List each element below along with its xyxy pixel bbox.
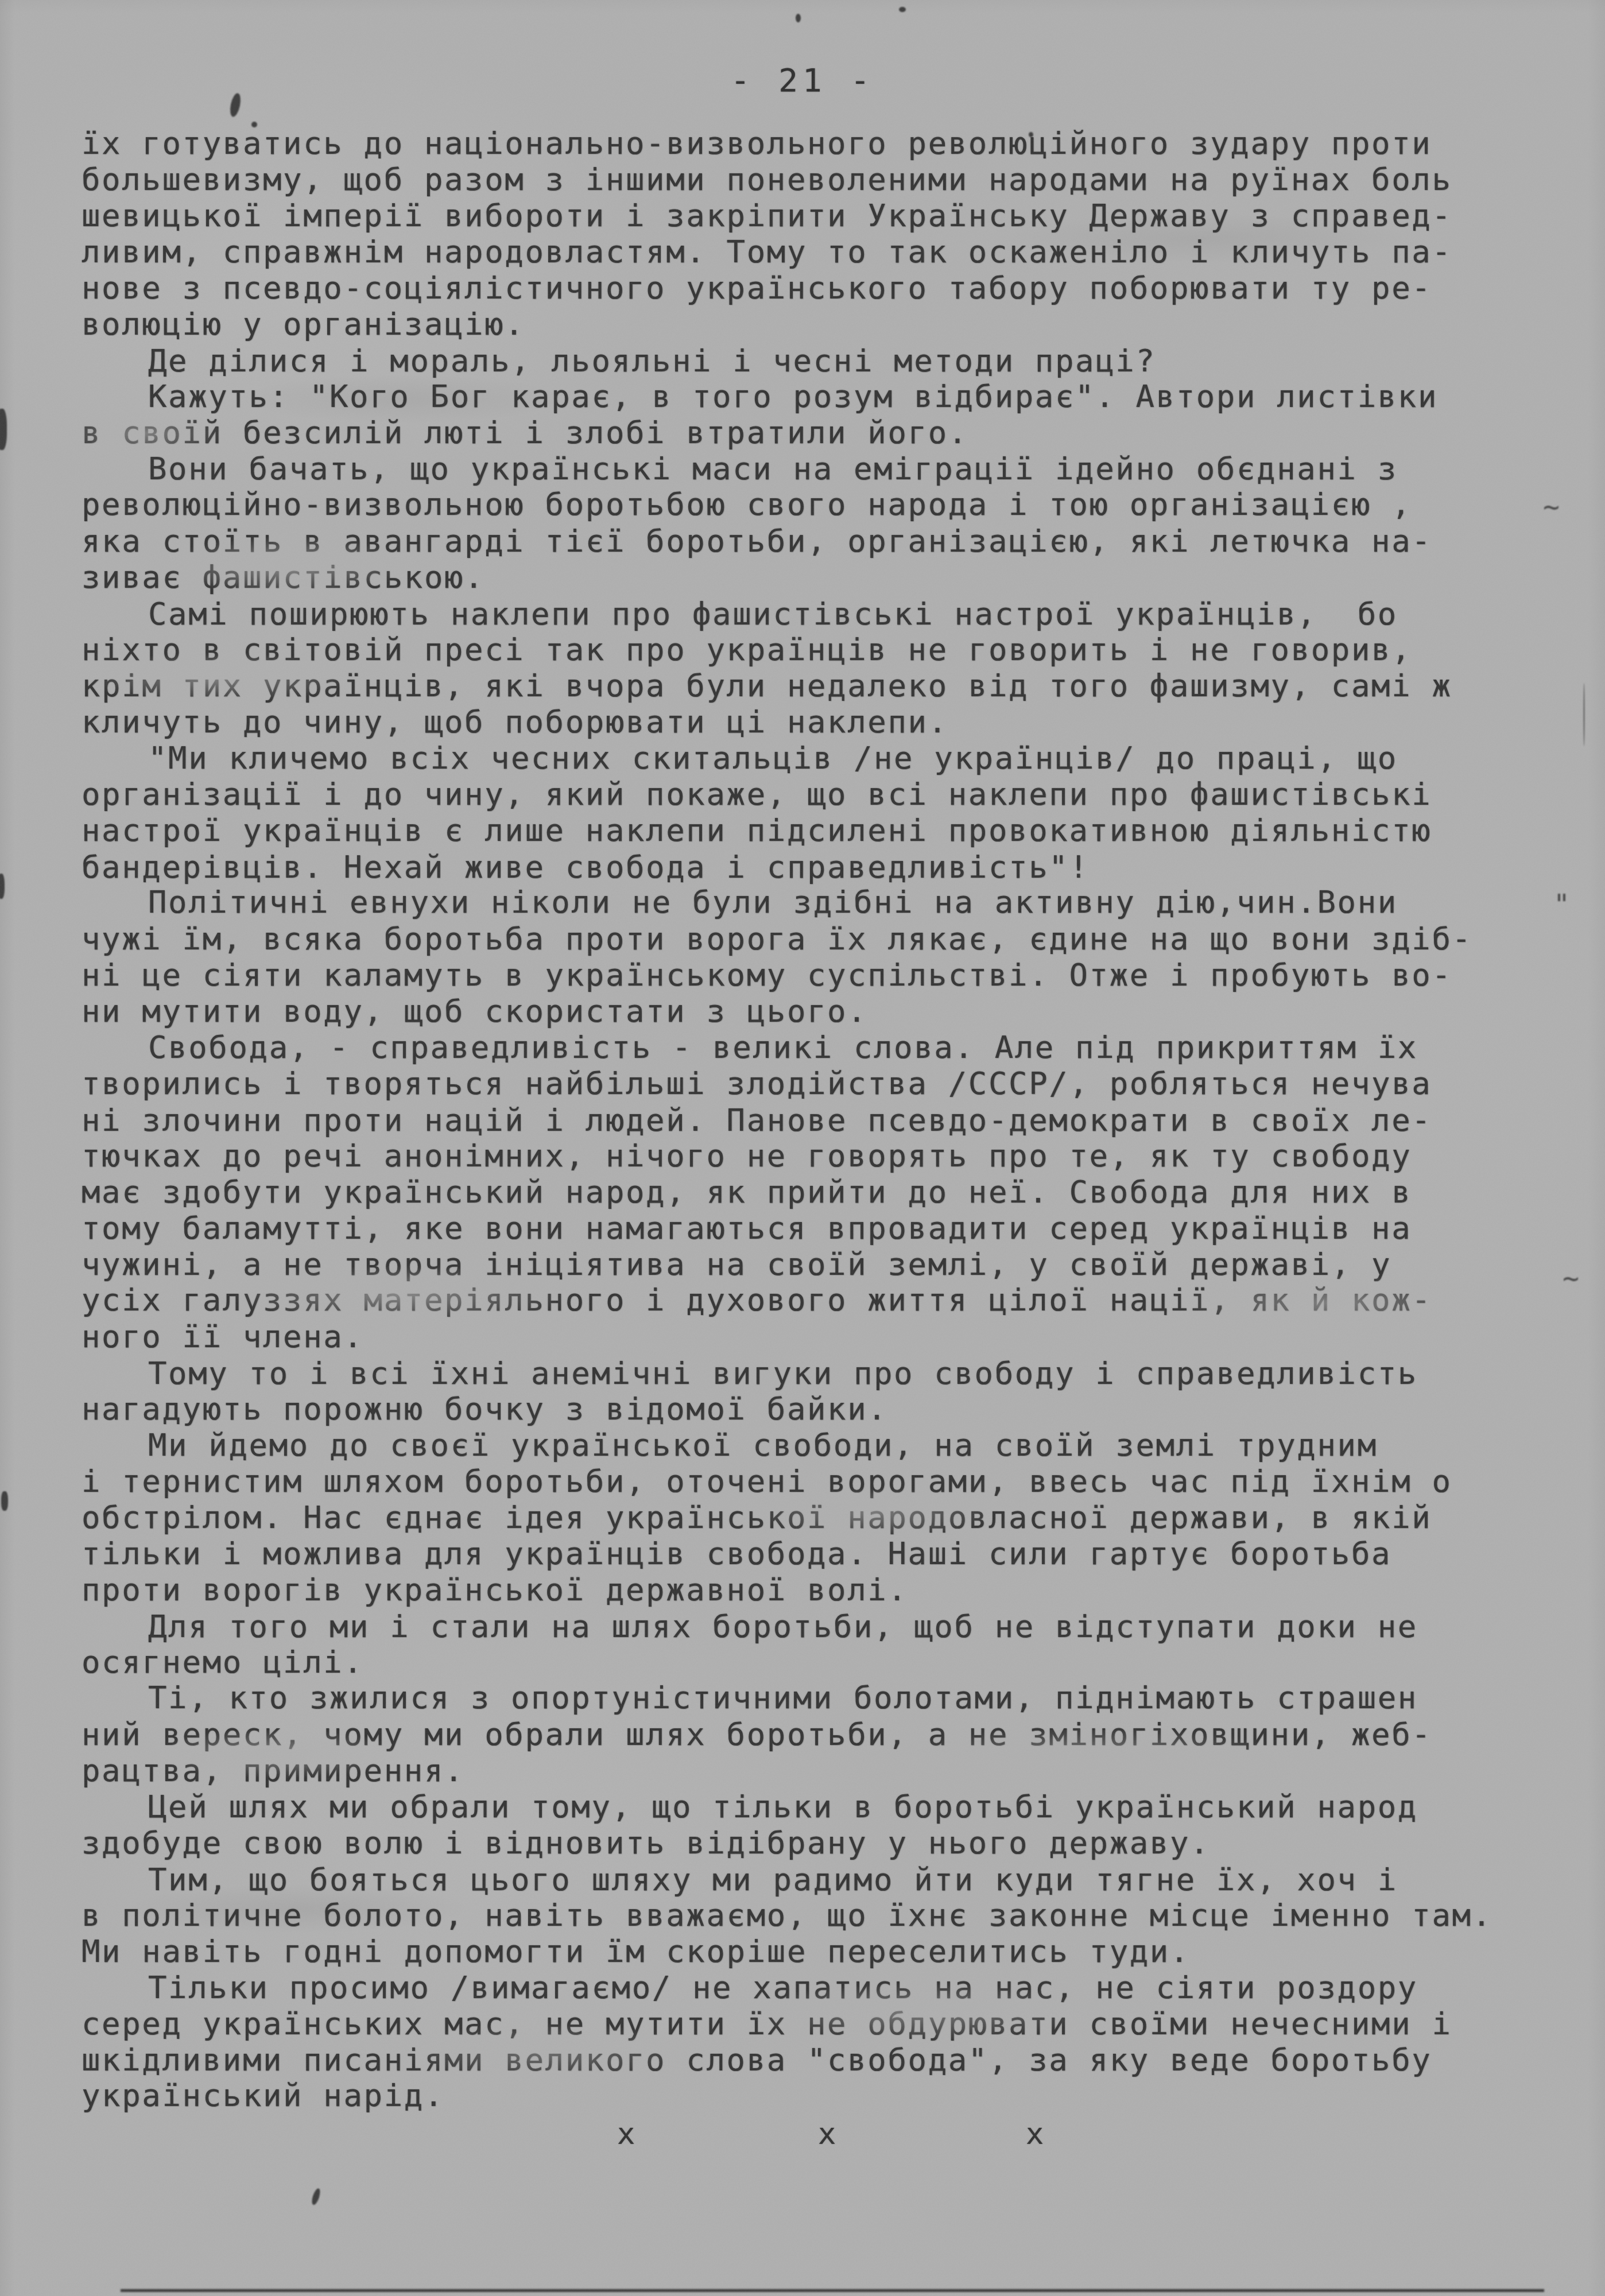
- text-line: Де ділися і мораль, льояльні і чесні мет…: [82, 343, 1597, 379]
- text-line: тючках до речі анонімних, нічого не гово…: [82, 1138, 1597, 1174]
- text-line: ни мутити воду, щоб скористати з цього.: [82, 993, 1597, 1029]
- ink-speck: [1029, 132, 1033, 137]
- text-line: Свобода, - справедливість - великі слова…: [82, 1029, 1597, 1065]
- text-line: серед українських мас, не мутити їх не о…: [82, 2006, 1597, 2042]
- text-line: тільки і можлива для українців свобода. …: [82, 1535, 1597, 1572]
- text-line: шевицької імперії вибороти і закріпити У…: [82, 197, 1597, 234]
- text-line: нове з псевдо-соціялістичного українсько…: [82, 270, 1597, 306]
- text-line: здобуде свою волю і відновить відібрану …: [82, 1825, 1597, 1861]
- text-line: ний вереск, чому ми обрали шлях боротьби…: [82, 1716, 1597, 1752]
- text-line: ливим, справжнім народовластям. Тому то …: [82, 234, 1597, 270]
- text-line: осягнемо цілі.: [82, 1644, 1597, 1680]
- ink-speck: [311, 2188, 322, 2206]
- text-line: Цей шлях ми обрали тому, що тільки в бор…: [82, 1789, 1597, 1825]
- text-line: має здобути український народ, як прийти…: [82, 1174, 1597, 1210]
- stray-ink-mark: ~: [1563, 1263, 1579, 1295]
- text-line: нагадують порожню бочку з відомої байки.: [82, 1391, 1597, 1427]
- section-break-x: х: [818, 2117, 836, 2151]
- text-line: ного її члена.: [82, 1318, 1597, 1355]
- text-line: революційно-визвольною боротьбою свого н…: [82, 486, 1597, 522]
- text-line: Тим, що бояться цього шляху ми радимо йт…: [82, 1861, 1597, 1898]
- ink-speck: [796, 14, 801, 22]
- text-line: ні це сіяти каламуть в українському сусп…: [82, 957, 1597, 993]
- text-block: їх готуватись до національно-визвольного…: [82, 125, 1597, 2114]
- text-line: ніхто в світовій пресі так про українців…: [82, 631, 1597, 668]
- text-line: настрої українців є лише наклепи підсиле…: [82, 812, 1597, 848]
- text-line: творились і творяться найбільші злодійст…: [82, 1065, 1597, 1102]
- section-break-x: х: [1026, 2117, 1044, 2151]
- text-line: шкідливими писаніями великого слова "сво…: [82, 2042, 1597, 2078]
- text-line: і тернистим шляхом боротьби, оточені вор…: [82, 1463, 1597, 1499]
- text-line: яка стоїть в авангарді тієї боротьби, ор…: [82, 523, 1597, 559]
- stray-ink-mark: ": [1553, 889, 1570, 921]
- text-line: тому баламутті, яке вони намагаються впр…: [82, 1210, 1597, 1246]
- text-line: Самі поширюють наклепи про фашистівські …: [82, 596, 1597, 632]
- text-line: Кажуть: "Кого Бог карає, в того розум ві…: [82, 378, 1597, 414]
- scanned-page: - 21 - їх готуватись до національно-визв…: [0, 0, 1605, 2296]
- text-line: український нарід.: [82, 2077, 1597, 2113]
- text-line: їх готуватись до національно-визвольного…: [82, 125, 1597, 161]
- text-line: обстрілом. Нас єднає ідея української на…: [82, 1499, 1597, 1535]
- text-line: Ті, кто зжилися з опортуністичними болот…: [82, 1680, 1597, 1716]
- text-line: крім тих українців, які вчора були недал…: [82, 668, 1597, 704]
- scratch: [1583, 683, 1585, 746]
- text-line: чужині, а не творча ініціятива на своїй …: [82, 1246, 1597, 1282]
- text-line: Для того ми і стали на шлях боротьби, що…: [82, 1608, 1597, 1645]
- text-line: ні злочини проти націй і людей. Панове п…: [82, 1102, 1597, 1138]
- text-line: чужі їм, всяка боротьба проти ворога їх …: [82, 921, 1597, 957]
- stray-ink-mark: ~: [1543, 491, 1560, 523]
- text-line: Ми навіть годні допомогти їм скоріше пер…: [82, 1933, 1597, 1969]
- text-line: в своїй безсилій люті і злобі втратили й…: [82, 414, 1597, 451]
- text-line: Тому то і всі їхні анемічні вигуки про с…: [82, 1355, 1597, 1391]
- scan-edge-shadow: [121, 2289, 1544, 2292]
- text-line: проти ворогів української державної волі…: [82, 1572, 1597, 1608]
- page-number: - 21 -: [0, 62, 1605, 99]
- text-line: Вони бачать, що українські маси на емігр…: [82, 451, 1597, 487]
- text-line: Політичні евнухи ніколи не були здібні н…: [82, 884, 1597, 920]
- text-line: "Ми кличемо всіх чесних скитальців /не у…: [82, 740, 1597, 776]
- text-line: кличуть до чину, щоб поборювати ці накле…: [82, 704, 1597, 740]
- ink-speck: [251, 122, 257, 127]
- text-line: рацтва, примирення.: [82, 1752, 1597, 1789]
- section-break-x: х: [617, 2117, 635, 2151]
- edge-blob: [0, 409, 7, 450]
- text-line: Ми йдемо до своєї української свободи, н…: [82, 1427, 1597, 1463]
- text-line: організації і до чину, який покаже, що в…: [82, 776, 1597, 812]
- text-line: волюцію у організацію.: [82, 306, 1597, 342]
- text-line: бандерівців. Нехай живе свобода і справе…: [82, 849, 1597, 885]
- ink-speck: [899, 7, 906, 12]
- text-line: Тільки просимо /вимагаємо/ не хапатись н…: [82, 1969, 1597, 2006]
- text-line: в політичне болото, навіть вважаємо, що …: [82, 1897, 1597, 1933]
- text-line: усіх галуззях матеріяльного і духового ж…: [82, 1282, 1597, 1318]
- text-line: большевизму, щоб разом з іншими поневоле…: [82, 161, 1597, 197]
- text-line: зиває фашистівською.: [82, 559, 1597, 595]
- edge-blob: [1, 1491, 8, 1511]
- edge-blob: [0, 874, 5, 899]
